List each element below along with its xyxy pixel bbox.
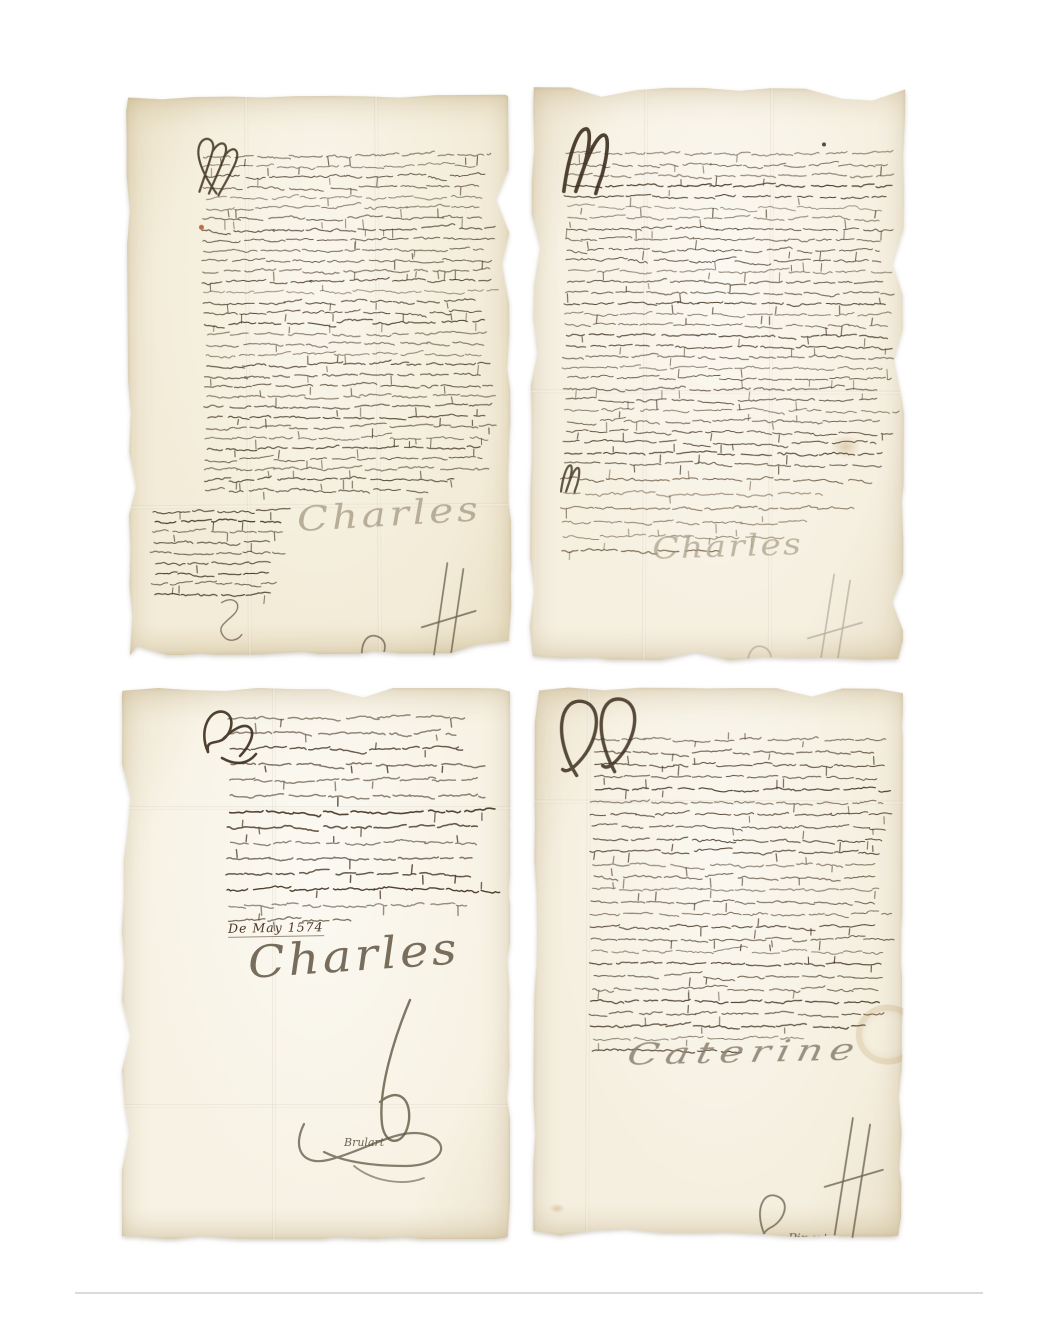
ink-stroke [246,835,458,842]
photograph-of-four-manuscript-letters: { "photo": { "alt": "Four 16th-century a… [0,0,1040,1338]
ink-stroke [604,778,784,787]
ink-stroke [208,414,485,421]
ink-stroke [674,435,779,452]
ink-stroke [395,253,483,270]
letter-4: Caterine Pinart [533,687,903,1236]
paper-stain [831,434,861,458]
ink-stroke [701,919,850,937]
handwriting-block [201,151,500,500]
ink-stroke [581,208,641,216]
ink-stroke [477,156,478,165]
ink-stroke [626,285,730,292]
ink-stroke [284,782,373,791]
countersignature-flourish-icon: Pinart [349,545,482,698]
ink-stroke [205,465,489,473]
ink-stroke [567,172,893,180]
ink-stroke [849,1251,861,1261]
ink-stroke [154,540,269,546]
ink-stroke [634,465,779,474]
ink-stroke [203,162,475,170]
ink-stroke [227,886,500,893]
ink-stroke [803,831,868,849]
ink-stroke [589,961,881,966]
ink-stroke [591,935,894,943]
countersignature-name: Brulart [343,1136,385,1149]
ink-stroke [566,256,881,266]
ink-stroke [204,289,499,296]
ink-stroke [850,1125,870,1252]
ink-stroke [203,298,475,306]
ink-stroke [155,519,281,524]
ink-stroke [595,749,874,758]
letter-4-countersignature: Pinart [747,1096,890,1264]
ink-stroke [202,257,492,265]
initial-flourish-icon [561,465,579,492]
ink-stroke [563,490,822,497]
ink-stroke [207,330,486,338]
ink-dot [199,225,204,230]
ink-stroke [562,365,882,372]
handwriting-block [589,732,895,1053]
ink-stroke [590,924,875,931]
ink-stroke [153,528,283,533]
countersignature-flourish-icon: Pinart [747,1096,890,1264]
ink-stroke [590,799,882,805]
ink-stroke [153,509,290,515]
ink-stroke [760,1195,812,1252]
ink-stroke [566,149,893,157]
ink-stroke [256,430,482,449]
ink-stroke [626,780,777,800]
ink-stroke [207,444,480,451]
ink-stroke [207,359,490,369]
ink-stroke [228,209,438,219]
ink-stroke [825,1170,883,1187]
ink-stroke [564,407,899,415]
letter-2-countersignature: Pinart [736,556,869,709]
ink-stroke [205,372,481,379]
ink-stroke [227,824,477,831]
letter-4-royal-signature: Caterine [624,1033,864,1073]
initial-flourish-icon [204,712,256,763]
ink-stroke [150,550,285,555]
ink-stroke [281,720,452,728]
ink-stroke [590,810,892,818]
ink-stroke [561,476,872,484]
ink-stroke [808,622,862,638]
ink-stroke [595,775,877,781]
ink-stroke [568,214,879,221]
ink-stroke [689,978,706,986]
letter-1-countersignature: Pinart [349,545,482,698]
ink-stroke [268,461,350,479]
ink-stroke [563,439,876,448]
ink-stroke [832,581,851,699]
ink-stroke [151,581,276,588]
ink-stroke [648,272,779,289]
ink-stroke [445,569,464,687]
ink-stroke [197,566,198,573]
ink-stroke [156,561,271,565]
ink-stroke [567,278,882,286]
ink-stroke [567,182,892,189]
ink-stroke [591,999,880,1005]
ink-stroke [740,945,770,951]
ink-stroke [229,903,467,909]
ink-stroke [595,762,885,769]
ink-stroke [205,475,454,484]
ink-dot [822,142,826,146]
letter-4-paper: Caterine Pinart [533,687,903,1236]
ink-stroke [230,746,462,754]
ink-stroke [226,869,470,877]
ink-stroke [174,533,252,552]
ink-stroke [568,267,891,275]
ink-stroke [565,322,887,329]
ink-stroke [265,766,443,772]
ink-stroke [203,237,495,243]
ink-stroke [228,715,465,721]
ink-stroke [156,571,269,577]
ink-stroke [590,910,892,918]
ink-stroke [205,486,427,494]
ink-stroke [587,240,856,261]
ink-stroke [230,729,456,736]
ink-stroke [672,754,770,761]
ink-stroke [595,786,890,792]
ink-stroke [794,804,795,812]
ink-stroke [589,1011,884,1018]
countersignature-name: Pinart [387,668,426,682]
ink-stroke [568,374,892,381]
ink-stroke [594,971,882,981]
flourish-loop [380,1000,410,1141]
letter-3-countersignature: Brulart [292,994,476,1208]
ink-stroke [590,847,879,855]
letter-3-paper: De May 1574 Charles Brulart [122,688,510,1239]
ink-stroke [562,519,806,526]
ink-stroke [594,873,875,882]
ink-stroke [230,794,485,799]
ink-stroke [598,990,794,999]
ink-stroke [566,236,881,242]
ink-stroke [202,277,491,285]
ink-stroke [568,160,888,169]
ink-stroke [206,422,496,430]
ink-stroke [582,325,842,344]
ink-stroke [207,341,484,349]
ink-stroke [231,763,485,769]
ink-stroke [230,808,495,817]
ink-stroke [567,246,879,255]
ink-stroke [205,382,493,390]
ink-stroke [611,867,799,887]
ink-stroke [566,397,877,405]
ink-stroke [567,417,879,426]
ink-stroke [565,311,892,319]
ink-stroke [372,418,489,438]
ink-stroke [564,301,885,307]
ink-stroke [566,344,892,350]
ink-stroke [435,813,482,822]
ink-stroke [593,736,886,743]
paper-stain [856,1004,920,1064]
ink-stroke [594,842,873,863]
ink-stroke [590,1022,865,1030]
ink-stroke [591,899,875,905]
ink-stroke [206,193,482,201]
ink-stroke [565,461,882,468]
ink-stroke [686,316,873,325]
ink-stroke [681,179,764,186]
ink-stroke [261,907,458,916]
letter-1-paper: Charles Pinart [126,95,512,656]
ink-stroke [204,309,482,319]
ink-stroke [688,992,719,1000]
ink-stroke [592,946,883,955]
ink-stroke [206,350,481,358]
ink-stroke [593,887,879,892]
initial-flourish-icon [198,139,237,196]
ink-stroke [203,267,490,275]
ink-stroke [204,318,484,328]
ink-stroke [231,840,477,846]
letter-1: Charles Pinart [126,95,512,656]
ink-stroke [204,403,492,410]
ink-stroke [354,272,438,280]
ink-stroke [205,432,488,442]
handwriting-block [226,715,500,931]
ink-stroke [203,151,490,160]
ink-stroke [564,384,877,393]
ink-stroke [230,777,477,783]
ink-stroke [566,333,887,340]
ink-stroke [202,223,495,234]
initial-flourish-icon [564,129,608,194]
ink-stroke [564,194,886,200]
countersignature-flourish-icon: Brulart [292,994,476,1208]
ink-stroke [593,985,878,994]
ink-stroke [362,635,410,689]
letter-2-paper: Charles Pinart [530,87,905,661]
ink-stroke [203,214,482,222]
ink-stroke [203,184,479,192]
ink-stroke [422,611,476,627]
ink-stroke [562,353,893,361]
ink-stroke [204,247,484,253]
footer-divider [75,1292,983,1294]
countersignature-flourish-icon: Pinart [736,556,869,709]
handwriting-block [150,509,291,605]
ink-stroke [592,824,885,832]
ink-stroke [233,218,462,237]
ink-stroke [204,173,484,183]
ink-stroke [593,837,881,845]
ink-stroke [221,600,242,641]
paper-stain [549,1203,565,1213]
ink-stroke [579,154,704,173]
ink-stroke [205,454,482,463]
countersignature-name: Pinart [787,1232,829,1247]
handwriting-block [562,145,901,475]
ink-stroke [670,495,671,503]
letter-3: De May 1574 Charles Brulart [122,688,510,1239]
ink-stroke [568,204,882,212]
ink-stroke [561,504,854,511]
flourish-tail [354,1166,424,1182]
letter-2: Charles Pinart [530,87,905,661]
